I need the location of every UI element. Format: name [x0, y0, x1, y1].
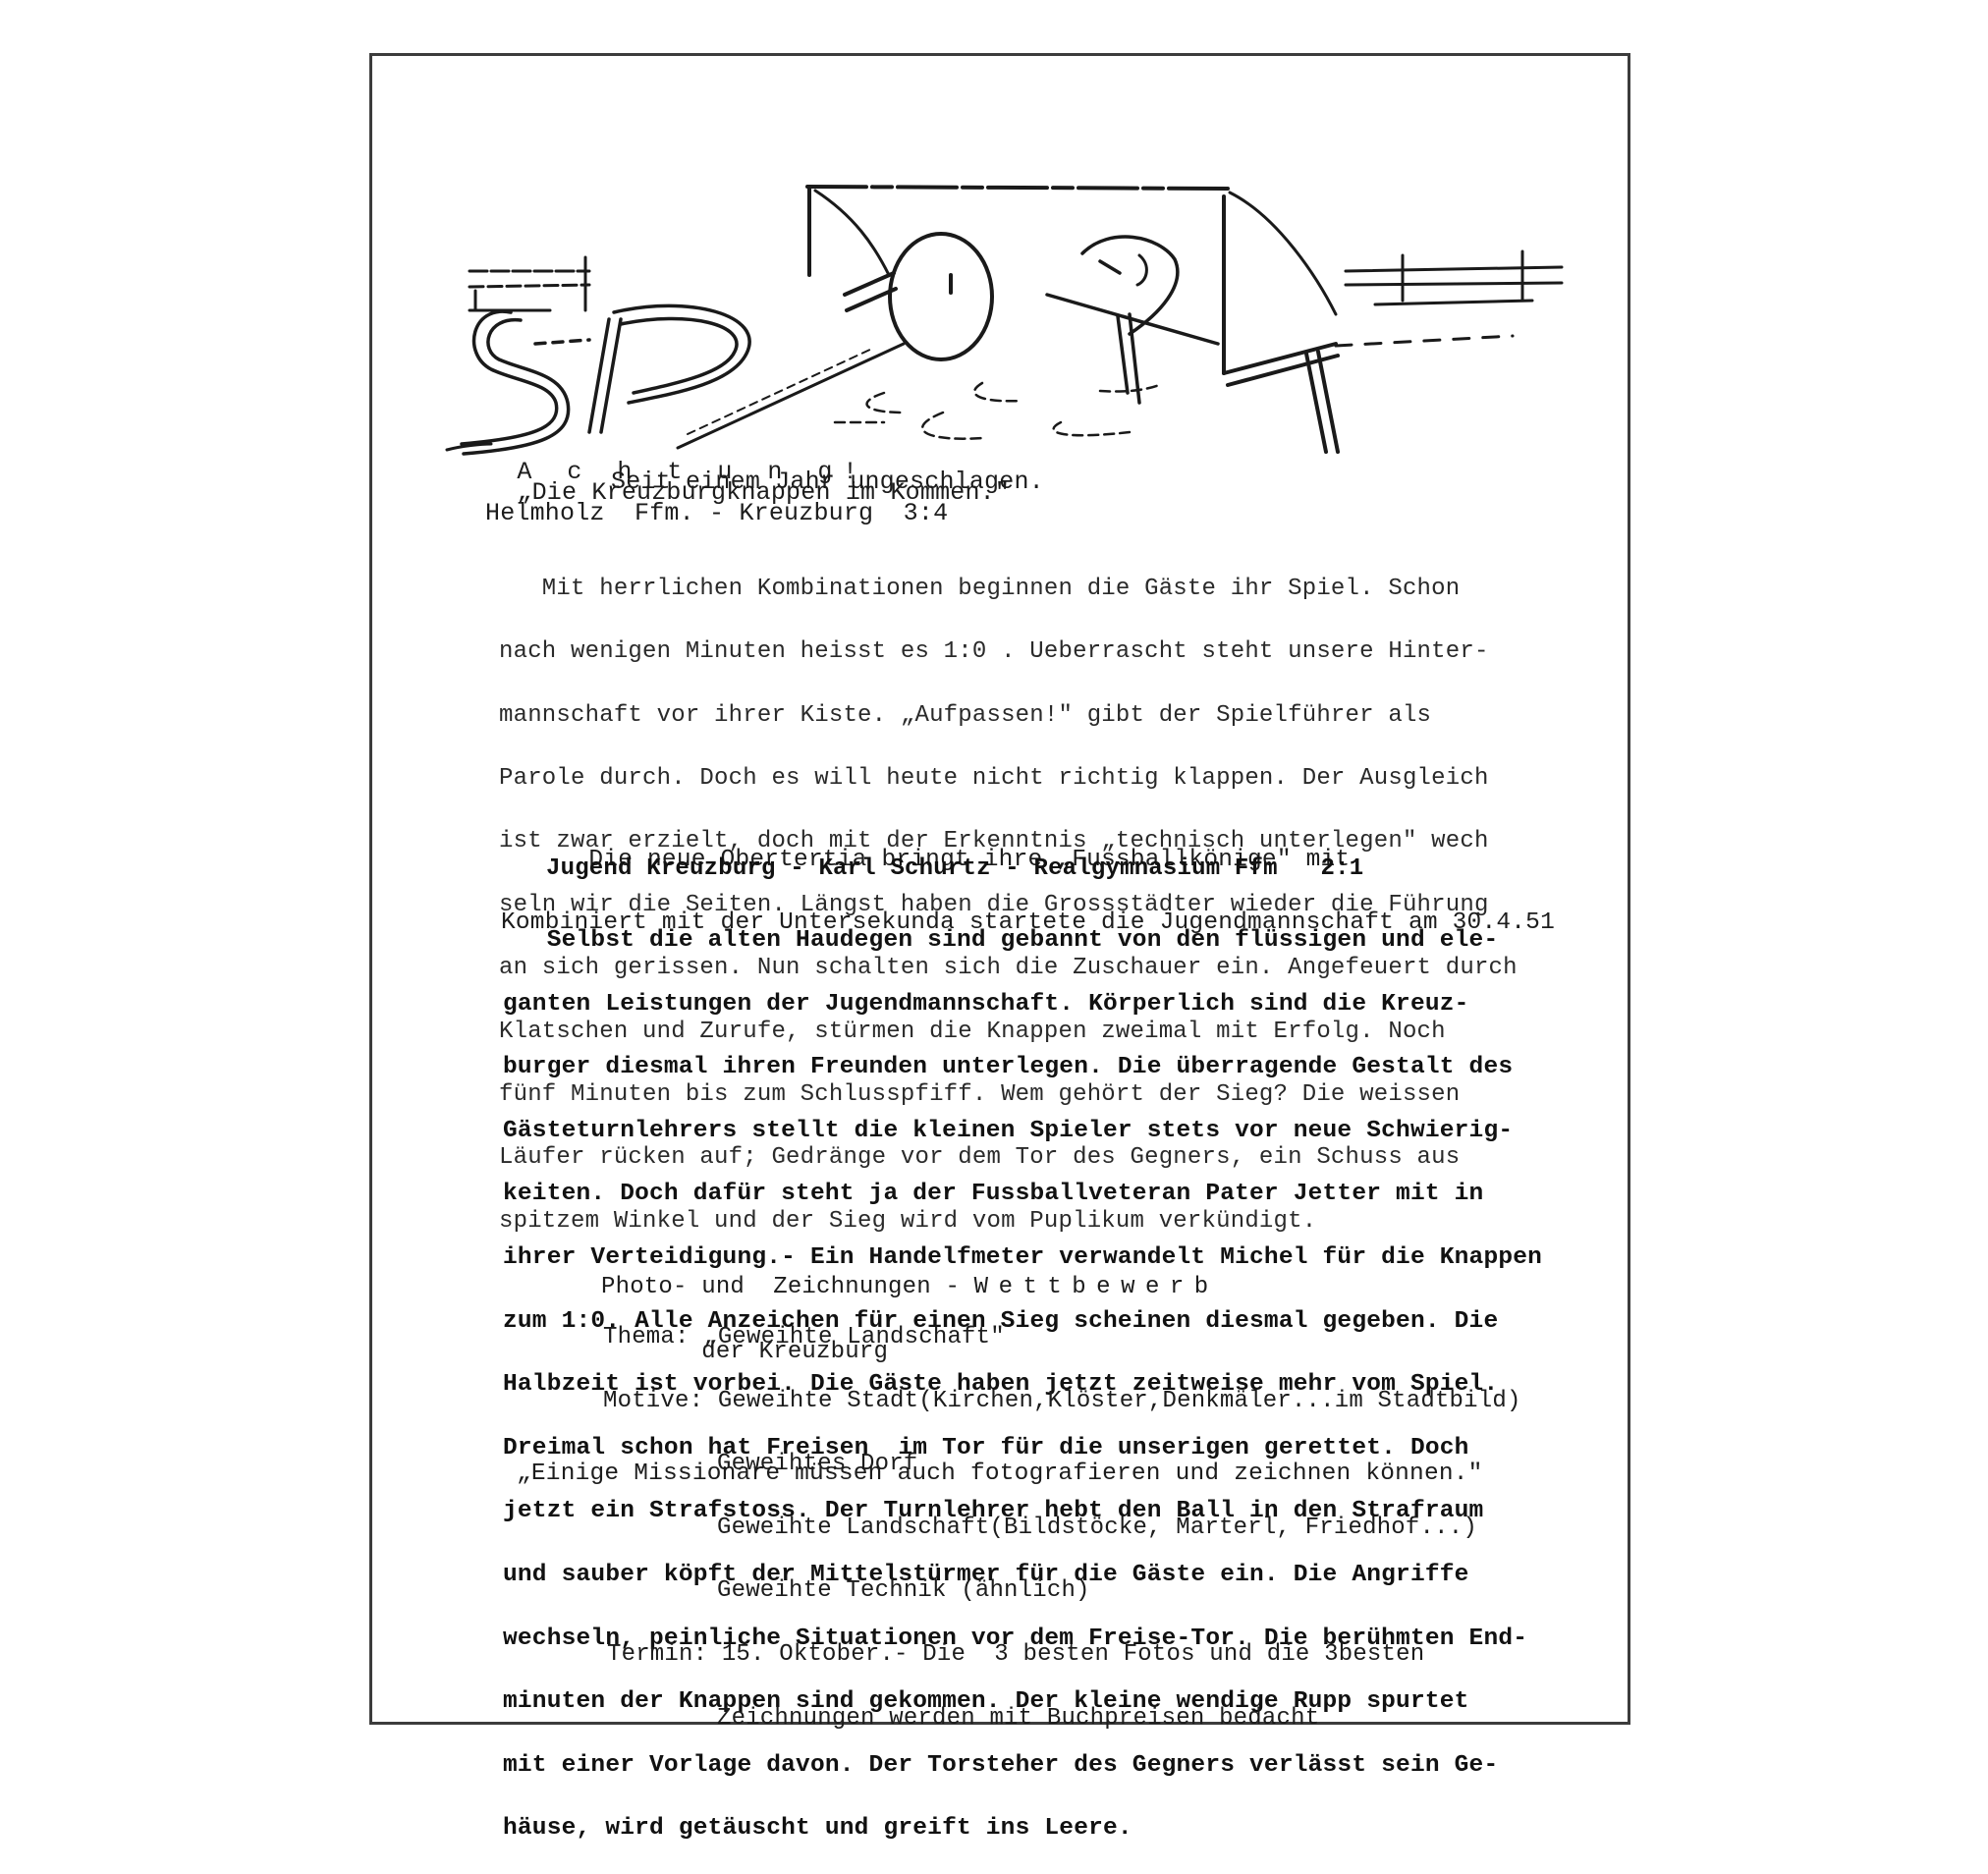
goal-icon — [807, 187, 1338, 452]
report-line: mannschaft vor ihrer Kiste. „Aufpassen!"… — [499, 705, 1518, 727]
letter-p-icon — [589, 305, 749, 432]
report-line: häuse, wird getäuscht und greift ins Lee… — [503, 1818, 1542, 1840]
motive-row: Geweihte Technik (ähnlich) — [603, 1580, 1521, 1602]
report-line: mit einer Vorlage davon. Der Torsteher d… — [503, 1755, 1542, 1777]
report-line: Selbst die alten Haudegen sind gebannt v… — [503, 930, 1542, 952]
report-line: burger diesmal ihren Freunden unterlegen… — [503, 1057, 1542, 1078]
letter-s-icon — [462, 311, 589, 454]
ball-icon — [678, 234, 992, 448]
report-line: keiten. Doch dafür steht ja der Fussball… — [503, 1184, 1542, 1205]
motive-item: Geweihte Landschaft(Bildstöcke, Marterl,… — [717, 1515, 1477, 1541]
thema-value: „Geweihte Landschaft" — [703, 1324, 1005, 1350]
fence-right-icon — [1336, 251, 1562, 346]
report-line: Parole durch. Doch es will heute nicht r… — [499, 768, 1518, 790]
report-line: Gästeturnlehrers stellt die kleinen Spie… — [503, 1121, 1542, 1142]
thema-label: Thema: — [603, 1324, 703, 1350]
termin-line: Zeichnungen werden mit Buchpreisen bedac… — [717, 1705, 1319, 1732]
contest-details: Thema: „Geweihte Landschaft" Motive: Gew… — [603, 1285, 1521, 1750]
match1-title: Helmholz Ffm. - Kreuzburg 3:4 — [485, 503, 948, 524]
motive-label: Motive: — [603, 1388, 703, 1414]
motive-item: Geweihte Technik (ähnlich) — [717, 1577, 1090, 1604]
termin-label: Termin: — [607, 1641, 707, 1668]
thema-row: Thema: „Geweihte Landschaft" — [603, 1327, 1521, 1349]
closing-quote: „Einige Missionare müssen auch fotografi… — [517, 1463, 1483, 1485]
termin-line: 15. Oktober.- Die 3 besten Fotos und die… — [722, 1641, 1425, 1668]
fence-left-icon — [469, 257, 589, 310]
grass-lines-icon — [835, 383, 1159, 439]
termin-row: Termin: 15. Oktober.- Die 3 besten Fotos… — [603, 1644, 1521, 1666]
report-line: nach wenigen Minuten heisst es 1:0 . Ueb… — [499, 641, 1518, 663]
termin-row: Zeichnungen werden mit Buchpreisen bedac… — [603, 1708, 1521, 1730]
ground-line-icon — [447, 444, 491, 450]
header-subline: Seit einem Jahr ungeschlagen. — [611, 471, 1044, 493]
motive-row: Motive: Geweihte Stadt(Kirchen,Klöster,D… — [603, 1391, 1521, 1412]
report-line: ganten Leistungen der Jugendmannschaft. … — [503, 994, 1542, 1016]
sport-illustration — [0, 0, 1988, 471]
match2-title: Jugend Kreuzburg - Karl Schurtz - Realgy… — [546, 858, 1363, 880]
motive-item: Geweihte Stadt(Kirchen,Klöster,Denkmäler… — [718, 1388, 1521, 1414]
goalkeeper-icon — [1047, 237, 1218, 403]
report-line: Mit herrlichen Kombinationen beginnen di… — [499, 579, 1518, 600]
motive-row: Geweihte Landschaft(Bildstöcke, Marterl,… — [603, 1517, 1521, 1539]
